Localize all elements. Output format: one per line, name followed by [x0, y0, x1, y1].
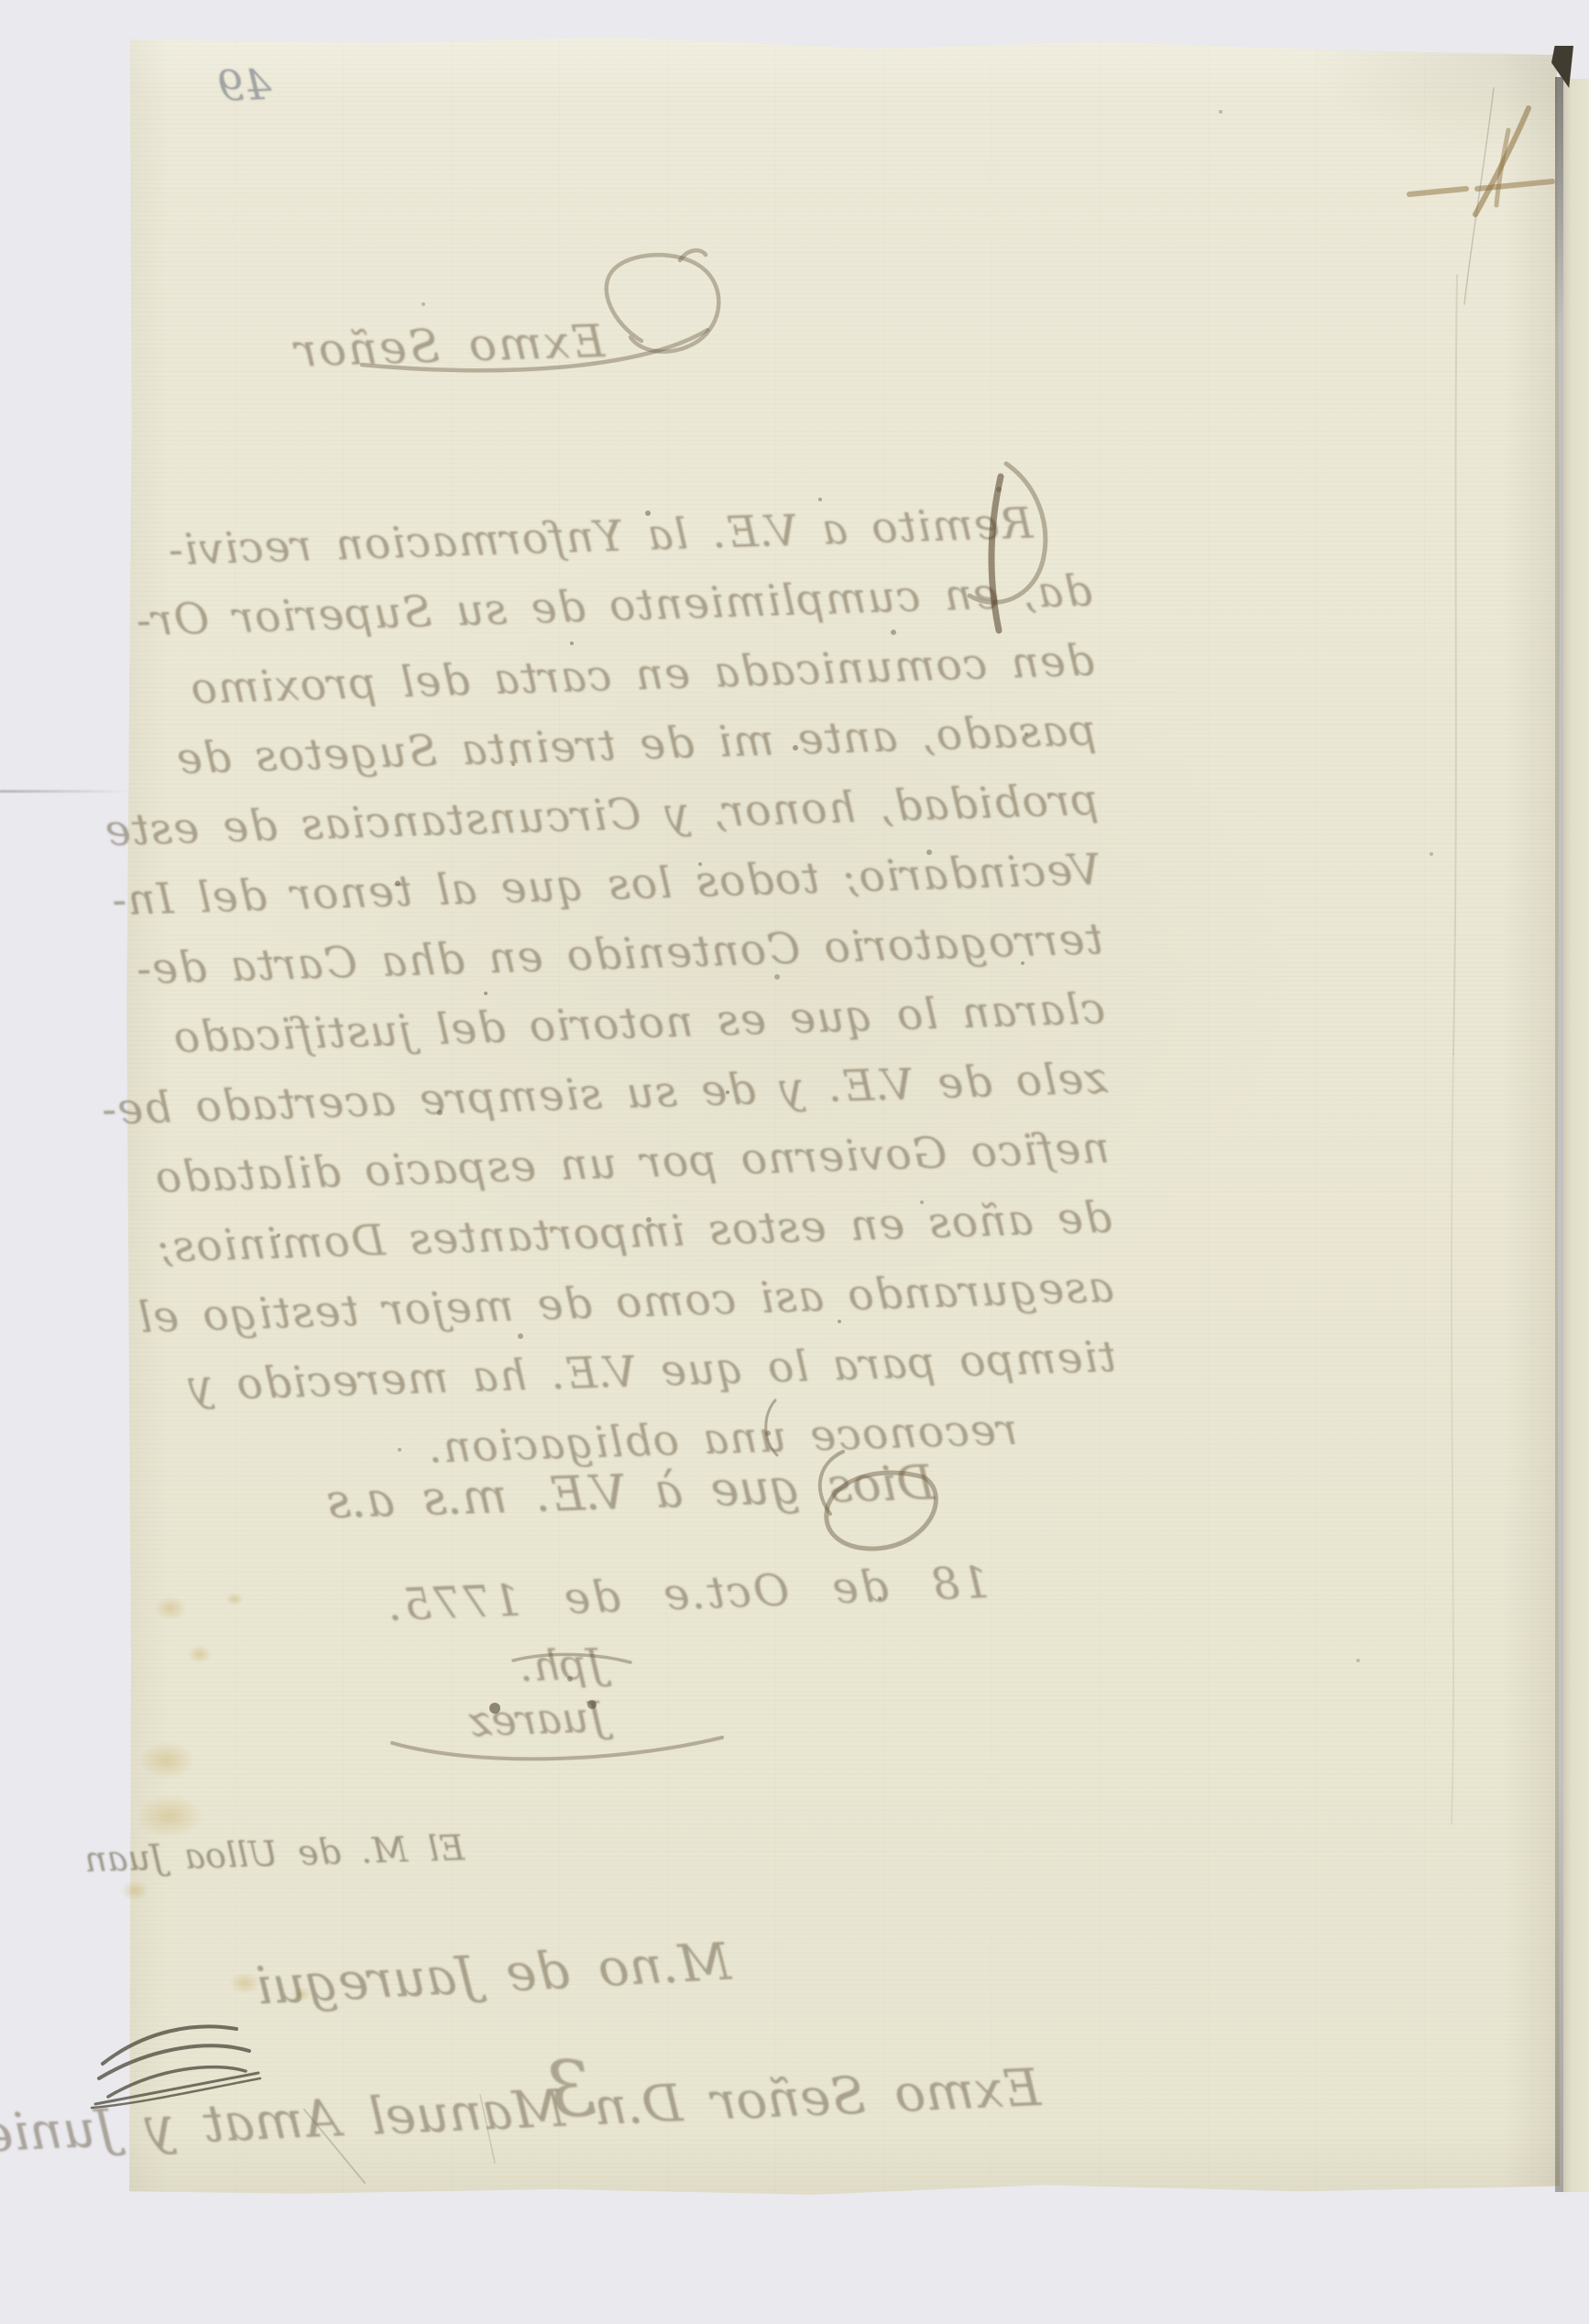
initial-r-flourish: [970, 464, 1046, 630]
scanned-manuscript-page: 49 Exmo Señor Remito a V.E. la Ynformaci…: [0, 0, 1589, 2324]
pencil-scribble: [92, 2026, 260, 2108]
binding-shadow: [1555, 77, 1563, 2192]
ink-blot: [489, 1703, 500, 1714]
closing-d-flourish: [766, 1400, 937, 1549]
paper-creases: [304, 88, 1494, 2183]
adjacent-page-edge: [1563, 79, 1589, 2192]
heading-e-flourish: [362, 250, 718, 370]
signature-rubric: [392, 1654, 722, 1759]
ink-flourishes-layer: [0, 0, 1589, 2324]
corner-ink-mark-4: [1409, 108, 1552, 214]
ink-blot: [587, 1700, 597, 1709]
